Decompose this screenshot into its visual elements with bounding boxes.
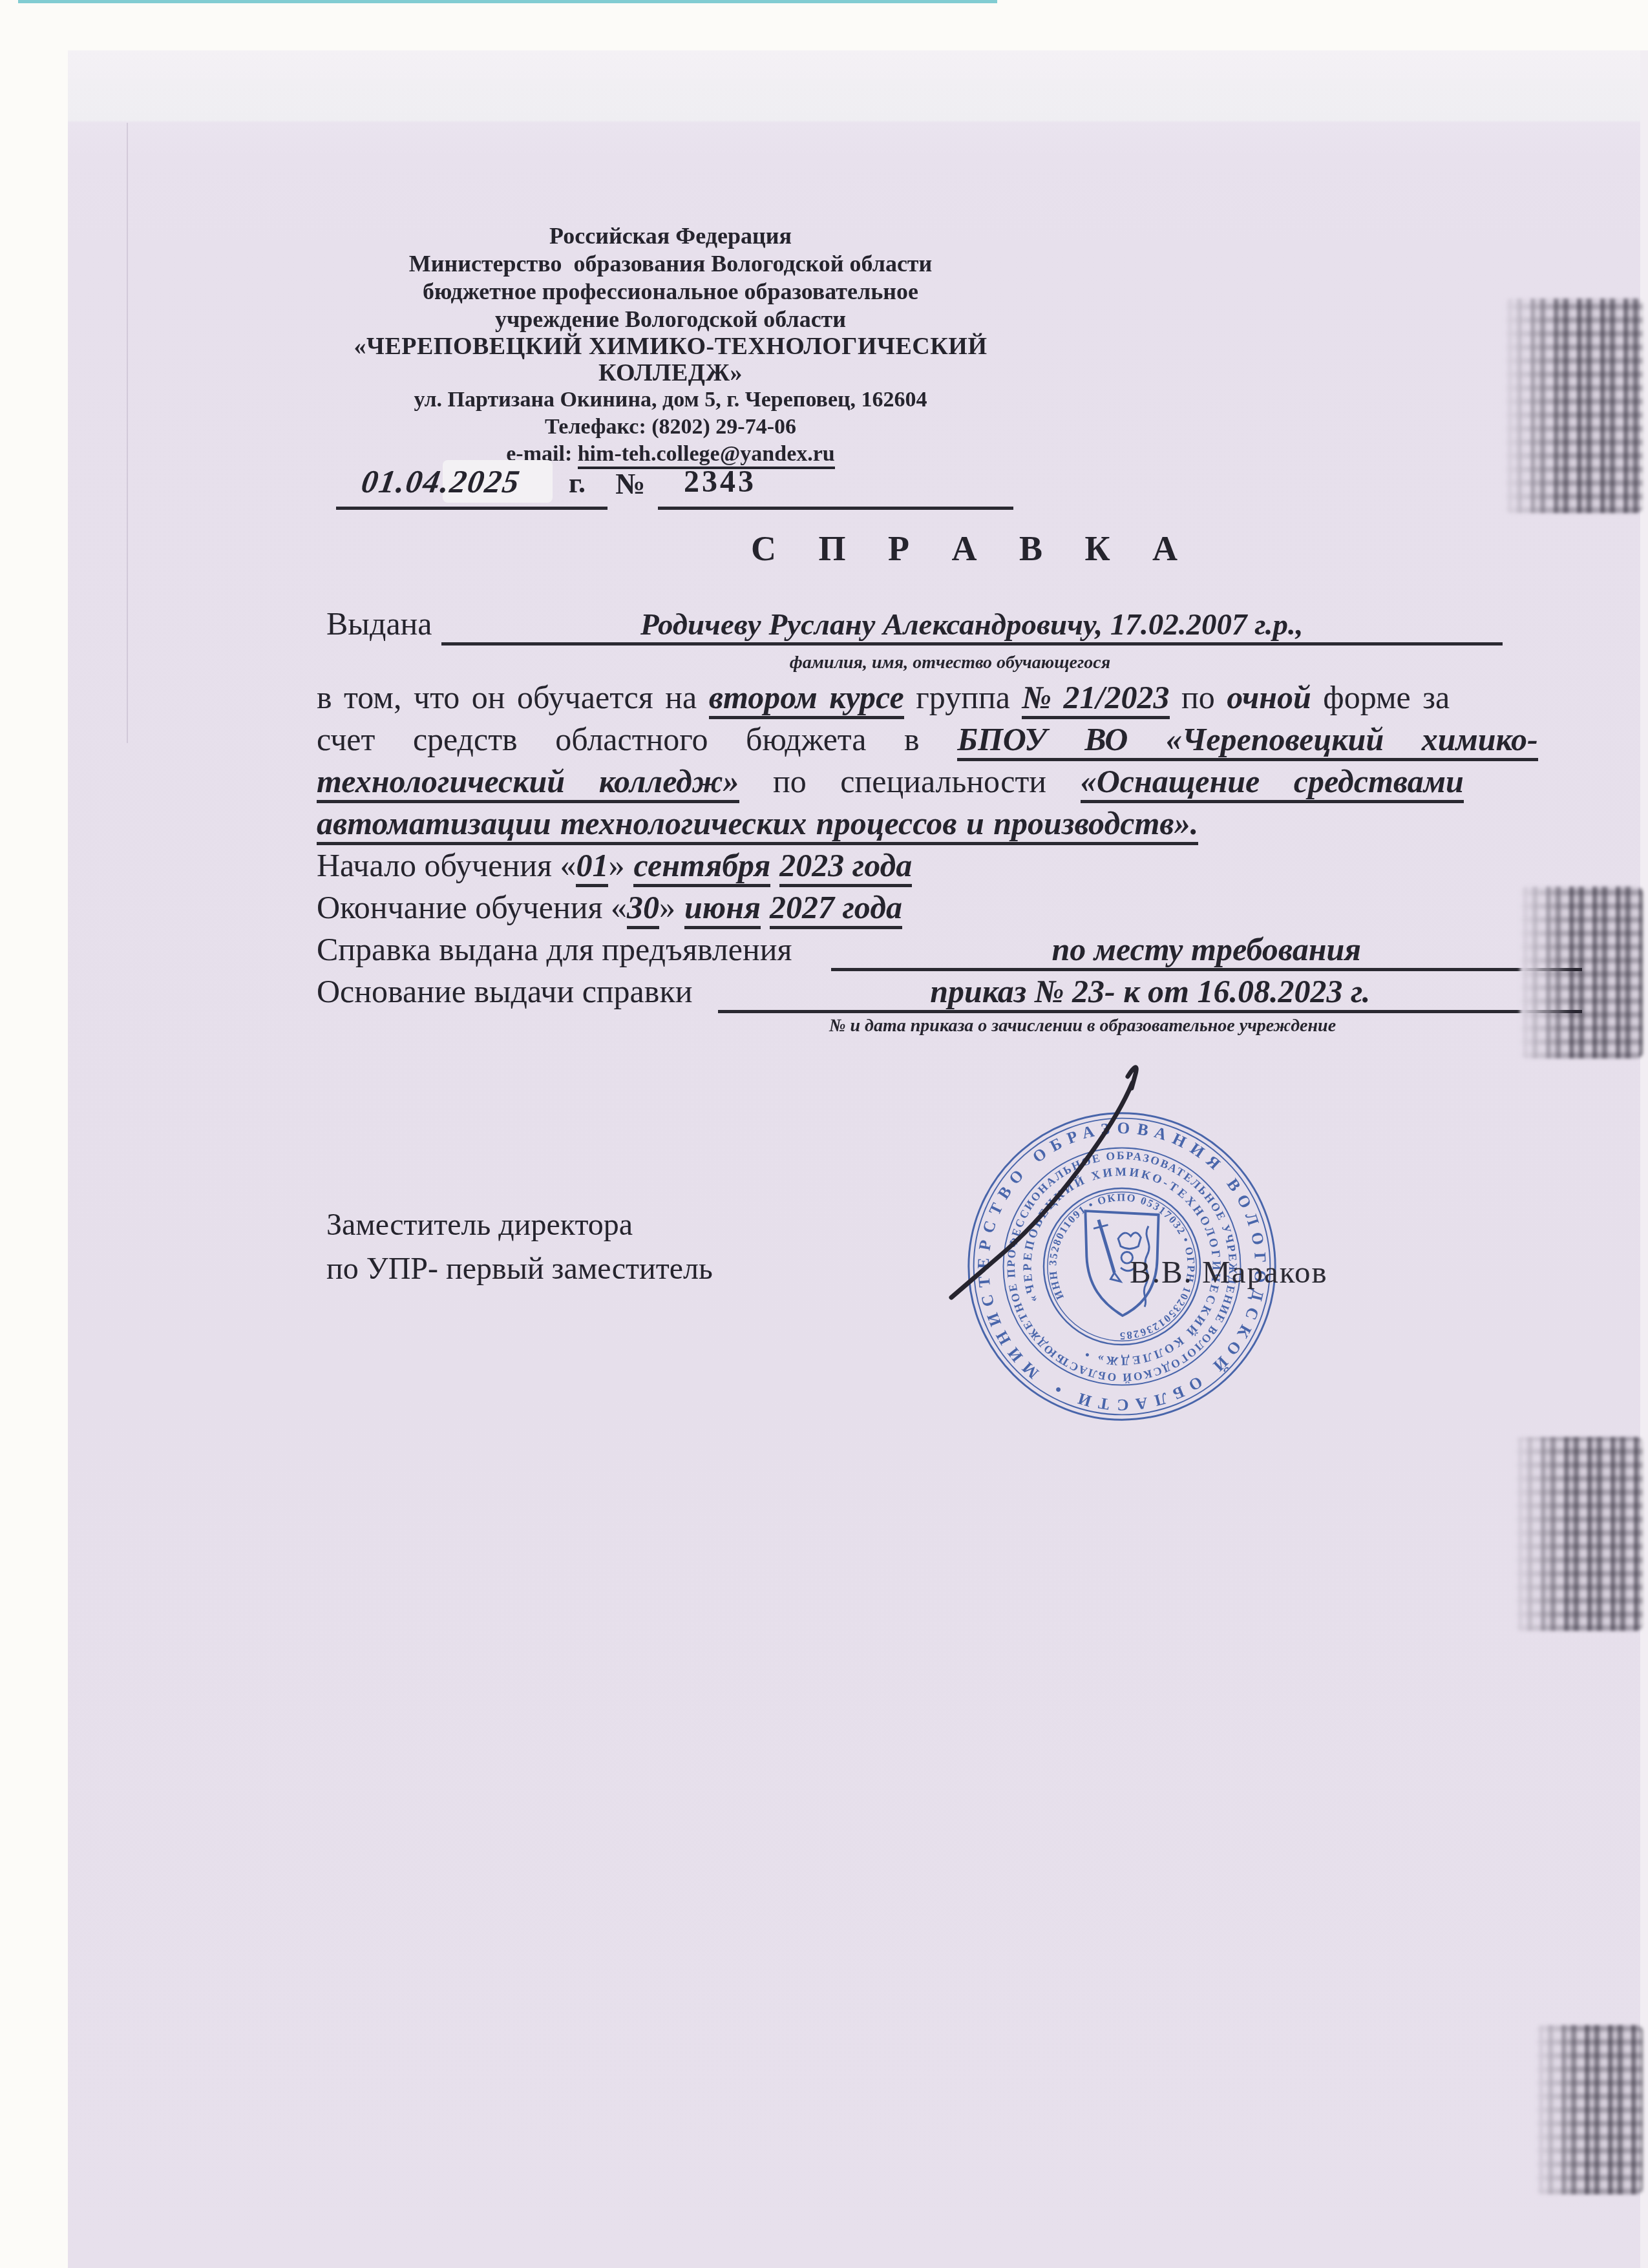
basis-row: Основание выдачи справки приказ № 23- к … (317, 972, 1582, 1013)
date-underline (336, 507, 607, 510)
handwritten-signature (905, 1052, 1183, 1330)
purpose-value: по месту требования (1051, 931, 1361, 967)
start-month: сентября (633, 847, 770, 887)
basis-caption: № и дата приказа о зачислении в образова… (769, 1016, 1396, 1036)
body-text: группа (904, 679, 1022, 715)
body-line-3: технологический колледж» по специальност… (317, 762, 1582, 800)
scan-edge-artifact (18, 0, 997, 3)
course-value: втором курсе (709, 679, 904, 719)
purpose-label: Справка выдана для предъявления (317, 930, 792, 968)
letterhead: Российская Федерация Министерство образо… (259, 222, 1083, 468)
end-day: 30 (627, 889, 659, 929)
study-end-line: Окончание обучения «30»июня2027 года (317, 888, 1582, 926)
issued-caption: фамилия, имя, отчество обучающегося (685, 653, 1215, 673)
body-text: счет средств областного бюджета в (317, 721, 957, 757)
scan-noise-band (1515, 1437, 1643, 1631)
letterhead-org-name-1: «ЧЕРЕПОВЕЦКИЙ ХИМИКО-ТЕХНОЛОГИЧЕСКИЙ (259, 333, 1083, 360)
date-suffix: г. (569, 467, 586, 499)
document-number: 2343 (684, 464, 756, 499)
group-number: № 21/2023 (1022, 679, 1169, 719)
issued-blank: Родичеву Руслану Александровичу, 17.02.2… (441, 607, 1503, 646)
scanned-certificate-page: Российская Федерация Министерство образо… (0, 0, 1648, 2268)
body-text: форме за (1311, 679, 1450, 715)
basis-blank: приказ № 23- к от 16.08.2023 г. (718, 972, 1582, 1013)
start-day: 01 (576, 847, 608, 887)
letterhead-phone: Телефакс: (8202) 29-74-06 (259, 414, 1083, 441)
purpose-row: Справка выдана для предъявления по месту… (317, 930, 1582, 971)
study-start-line: Начало обучения «01»сентября2023 года (317, 846, 1582, 884)
body-line-2: счет средств областного бюджета в БПОУ В… (317, 720, 1582, 758)
letterhead-org-type-1: бюджетное профессиональное образовательн… (259, 278, 1083, 306)
letterhead-org-name-2: КОЛЛЕДЖ» (259, 360, 1083, 386)
body-line-4: автоматизации технологических процессов … (317, 804, 1582, 842)
specialty-part1: «Оснащение средствами (1081, 763, 1464, 803)
scan-noise-band (1536, 2025, 1643, 2194)
scan-noise-band (1505, 299, 1643, 513)
body-text: в том, что он обучается на (317, 679, 709, 715)
document-date-handwritten: 01.04.2025 (359, 463, 523, 500)
end-year: 2027 года (770, 889, 902, 929)
issued-row: Выдана Родичеву Руслану Александровичу, … (326, 605, 1503, 646)
end-month: июня (684, 889, 761, 929)
study-form: очной (1227, 679, 1311, 715)
end-label: Окончание обучения « (317, 889, 627, 925)
specialty-part2: автоматизации технологических процессов … (317, 805, 1198, 845)
student-name: Родичеву Руслану Александровичу, 17.02.2… (640, 608, 1304, 642)
quote-close: » (608, 847, 624, 883)
body-text: по (1170, 679, 1227, 715)
purpose-blank: по месту требования (831, 930, 1583, 971)
issued-label: Выдана (326, 605, 432, 642)
sheet-edge-line (127, 123, 128, 743)
scan-noise-band (1520, 887, 1643, 1058)
college-name-part1: БПОУ ВО «Череповецкий химико- (957, 721, 1538, 761)
body-text: по специальности (739, 763, 1081, 799)
letterhead-ministry: Министерство образования Вологодской обл… (259, 250, 1083, 278)
number-underline (658, 507, 1013, 510)
college-name-part2: технологический колледж» (317, 763, 739, 803)
body-line-1: в том, что он обучается на втором курсе … (317, 678, 1582, 716)
document-title: С П Р А В К А (362, 529, 1583, 569)
quote-close: » (659, 889, 675, 925)
basis-label: Основание выдачи справки (317, 972, 692, 1010)
letterhead-address: ул. Партизана Окинина, дом 5, г. Черепов… (259, 386, 1083, 414)
signer-post-line1: Заместитель директора (326, 1207, 633, 1243)
number-sign: № (615, 467, 645, 501)
start-year: 2023 года (779, 847, 912, 887)
letterhead-org-type-2: учреждение Вологодской области (259, 306, 1083, 333)
signer-post-line2: по УПР- первый заместитель (326, 1251, 713, 1286)
basis-value: приказ № 23- к от 16.08.2023 г. (930, 973, 1370, 1009)
start-label: Начало обучения « (317, 847, 576, 883)
letterhead-country: Российская Федерация (259, 222, 1083, 250)
